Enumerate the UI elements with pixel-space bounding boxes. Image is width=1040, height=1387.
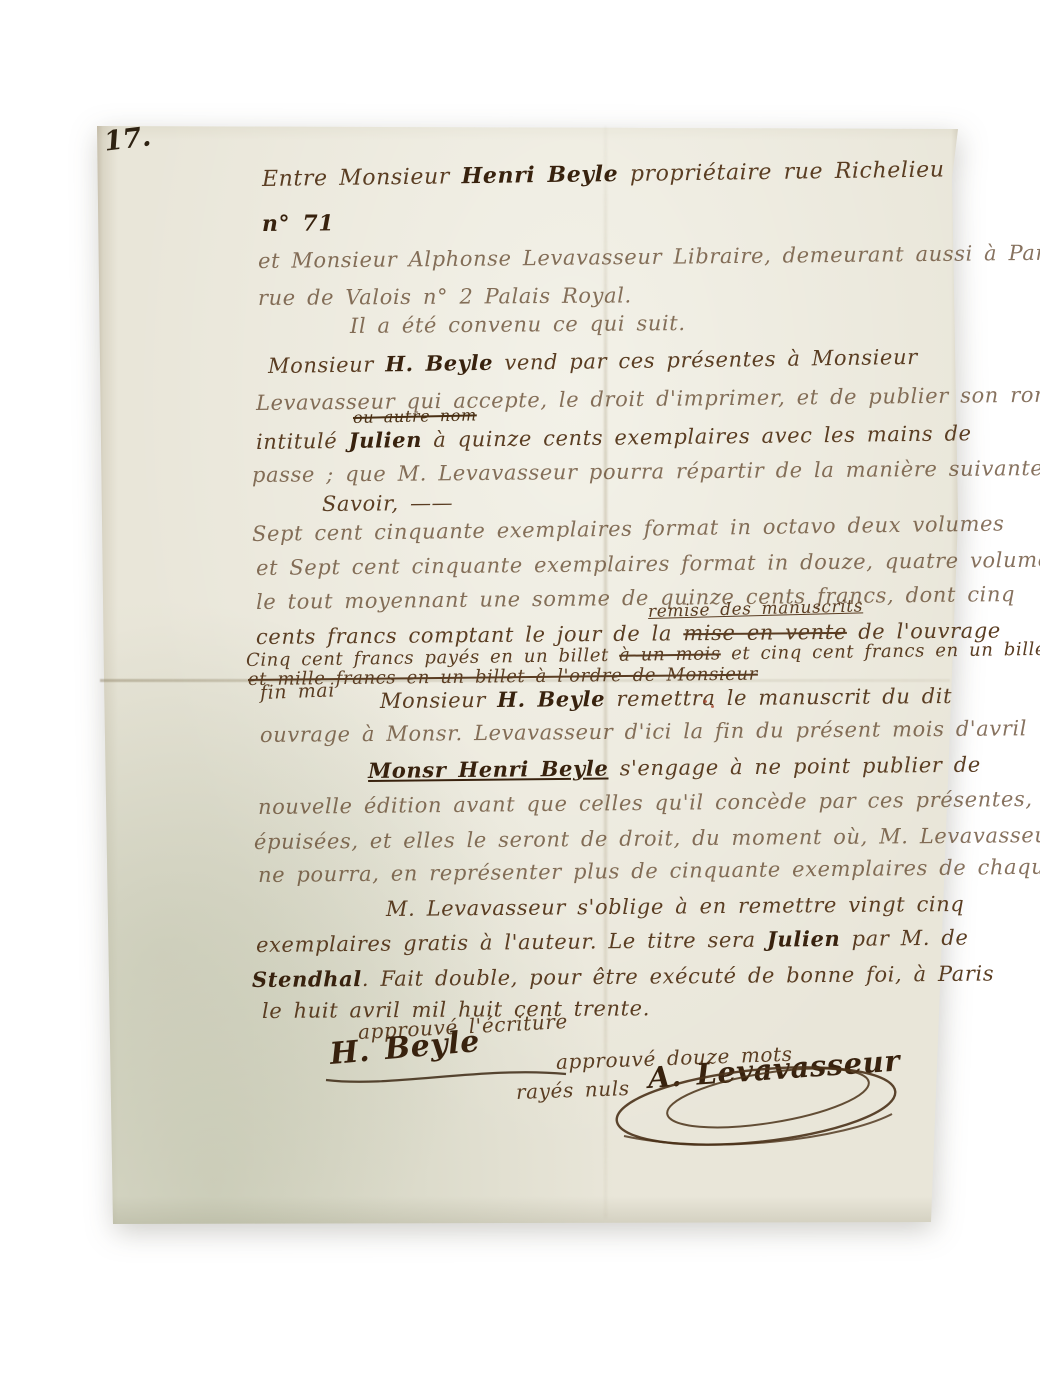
red-ink-speck	[703, 700, 707, 703]
line-savoir: Savoir, ——	[322, 493, 453, 515]
levavasseur-signature-flourish	[596, 1040, 906, 1160]
line-convenu: Il a été convenu ce qui suit.	[350, 313, 686, 337]
line-numero-71: n° 71	[262, 212, 334, 236]
line-ne-pourra: ne pourra, en représenter plus de cinqua…	[258, 857, 1040, 886]
line-oblige: M. Levavasseur s'oblige à en remettre vi…	[386, 894, 965, 920]
line-fin-avril: ouvrage à Monsr. Levavasseur d'ici la fi…	[260, 718, 1027, 746]
line-gratis: exemplaires gratis à l'auteur. Le titre …	[256, 927, 969, 956]
interline-insert-title: ou autre nom	[353, 407, 477, 426]
line-remettra: Monsieur H. Beyle remettra le manuscrit …	[380, 685, 952, 712]
line-intitule: intitulé Julien à quinze cents exemplair…	[256, 422, 972, 453]
line-stendhal: Stendhal. Fait double, pour être exécuté…	[252, 963, 994, 991]
line-passe: passe ; que M. Levavasseur pourra répart…	[252, 458, 1040, 486]
ink-layer: Entre Monsieur Henri Beyle propriétaire …	[0, 0, 1040, 1387]
margin-note-fin-mai: fin mai	[260, 681, 336, 703]
line-et-monsieur: et Monsieur Alphonse Levavasseur Librair…	[258, 243, 1040, 272]
line-epuisees: épuisées, et elles le seront de droit, d…	[254, 825, 1040, 853]
line-engage: Monsr Henri Beyle s'engage à ne point pu…	[368, 754, 981, 782]
interline-insert-remise: remise des manuscrits	[648, 598, 863, 621]
line-rue-valois: rue de Valois n° 2 Palais Royal.	[258, 285, 632, 309]
line-nouvelle-edition: nouvelle édition avant que celles qu'il …	[258, 788, 1040, 818]
line-vend: Monsieur H. Beyle vend par ces présentes…	[268, 346, 918, 377]
red-ink-speck	[711, 705, 714, 708]
line-sept-cent-octavo: Sept cent cinquante exemplaires format i…	[252, 513, 1005, 545]
beyle-signature-flourish	[322, 1056, 572, 1090]
scanned-document-page: 17. Entre Monsieur Henri Beyle propriéta…	[0, 0, 1040, 1387]
line-entre-monsieur: Entre Monsieur Henri Beyle propriétaire …	[262, 158, 945, 191]
line-sept-cent-douze: et Sept cent cinquante exemplaires forma…	[256, 550, 1040, 579]
line-moyennant: le tout moyennant une somme de quinze ce…	[256, 584, 1015, 613]
